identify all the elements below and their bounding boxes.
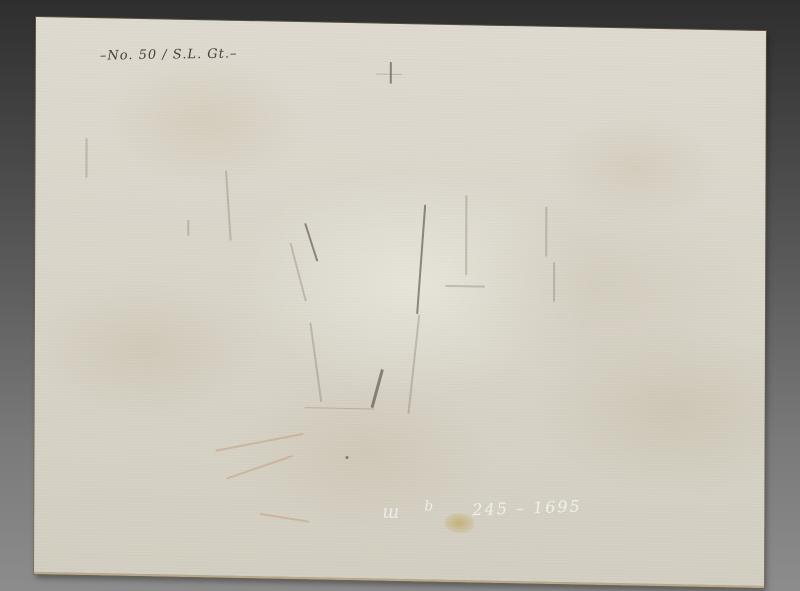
sketch-mark (289, 243, 306, 302)
sketch-mark (187, 220, 189, 236)
photo-frame: –No. 50 / S.L. Gt.– ɯ b 245 – 1695 (0, 0, 800, 591)
sketch-mark (225, 171, 232, 241)
sketch-mark (371, 369, 384, 408)
sketch-mark (309, 323, 322, 403)
chalk-mark (259, 513, 309, 523)
stain (444, 513, 474, 534)
catalog-number: 245 – 1695 (472, 497, 582, 520)
sketch-mark (407, 315, 420, 414)
sketch-mark (304, 223, 318, 262)
white-glyph-middle: b (424, 498, 433, 514)
paper-sheet: –No. 50 / S.L. Gt.– ɯ b 245 – 1695 (34, 17, 766, 588)
sketch-mark (545, 207, 547, 257)
chalk-mark (226, 455, 293, 480)
ink-dot (345, 456, 348, 459)
sketch-mark (376, 74, 402, 75)
handwritten-inscription: –No. 50 / S.L. Gt.– (100, 46, 238, 63)
white-glyph-left: ɯ (382, 502, 399, 523)
sketch-mark (445, 285, 485, 288)
sketch-mark (416, 205, 426, 315)
sketch-mark (305, 407, 375, 409)
sketch-mark (465, 195, 467, 275)
sketch-mark (553, 262, 555, 302)
chalk-mark (215, 433, 304, 452)
sketch-mark (85, 138, 87, 178)
